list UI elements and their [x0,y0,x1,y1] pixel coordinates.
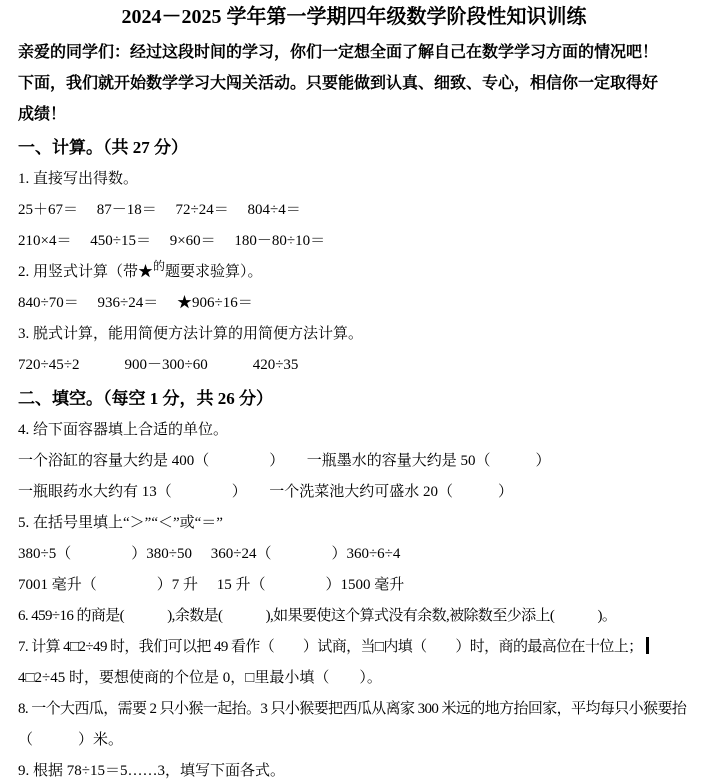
intro-line-2: 下面，我们就开始数学学习大闯关活动。只要能做到认真、细致、专心，相信你一定取得好 [18,68,700,99]
question-5-compare-row-1: 380÷5（ ）380÷50 360÷24（ ）360÷6÷4 [18,539,700,570]
question-3-equation-row: 720÷45÷2 900－300÷60 420÷35 [18,350,700,381]
question-2-label-post: 题要求验算）。 [165,264,263,280]
question-1-equation-row-1: 25＋67＝ 87－18＝ 72÷24＝ 804÷4＝ [18,195,700,226]
text-cursor [646,637,649,654]
page-title: 2024－2025 学年第一学期四年级数学阶段性知识训练 [18,3,700,31]
question-7-text: 7. 计算 4□2÷49 时，我们可以把 49 看作（ ）试商，当□内填（ ）时… [18,639,643,655]
question-8-line-2: （ ）米。 [18,725,700,756]
intro-paragraph: 亲爱的同学们：经过这段时间的学习，你们一定想全面了解自己在数学学习方面的情况吧！… [18,37,700,130]
question-2-superscript: 的 [153,259,165,273]
question-2-equation-row: 840÷70＝ 936÷24＝ ★906÷16＝ [18,288,700,319]
question-4-blank-row-2: 一瓶眼药水大约有 13（ ） 一个洗菜池大约可盛水 20（ ） [18,477,700,508]
section-2-heading: 二、填空。（每空 1 分，共 26 分） [18,383,700,415]
intro-line-3: 成绩！ [18,99,700,130]
question-2-label: 2. 用竖式计算（带★的题要求验算）。 [18,257,700,288]
question-4-label: 4. 给下面容器填上合适的单位。 [18,415,700,446]
question-5-compare-row-2: 7001 毫升（ ）7 升 15 升（ ）1500 毫升 [18,570,700,601]
question-9-text: 9. 根据 78÷15＝5……3，填写下面各式。 [18,756,700,784]
question-1-label: 1. 直接写出得数。 [18,164,700,195]
intro-line-1: 亲爱的同学们：经过这段时间的学习，你们一定想全面了解自己在数学学习方面的情况吧！ [18,37,700,68]
document-page[interactable]: 2024－2025 学年第一学期四年级数学阶段性知识训练 亲爱的同学们：经过这段… [0,0,708,784]
section-1-heading: 一、计算。（共 27 分） [18,132,700,164]
question-3-label: 3. 脱式计算，能用简便方法计算的用简便方法计算。 [18,319,700,350]
question-1-equation-row-2: 210×4＝ 450÷15＝ 9×60＝ 180－80÷10＝ [18,226,700,257]
question-7-line-2: 4□2÷45 时，要想使商的个位是 0，□里最小填（ ）。 [18,663,700,694]
question-7-line-1: 7. 计算 4□2÷49 时，我们可以把 49 看作（ ）试商，当□内填（ ）时… [18,632,700,663]
question-6-text: 6. 459÷16 的商是( ),余数是( ),如果要使这个算式没有余数,被除数… [18,601,700,632]
question-8-line-1: 8. 一个大西瓜，需要 2 只小猴一起抬。3 只小猴要把西瓜从离家 300 米远… [18,694,700,725]
question-2-label-pre: 2. 用竖式计算（带★ [18,264,153,280]
question-4-blank-row-1: 一个浴缸的容量大约是 400（ ） 一瓶墨水的容量大约是 50（ ） [18,446,700,477]
question-5-label: 5. 在括号里填上“＞”“＜”或“＝” [18,508,700,539]
